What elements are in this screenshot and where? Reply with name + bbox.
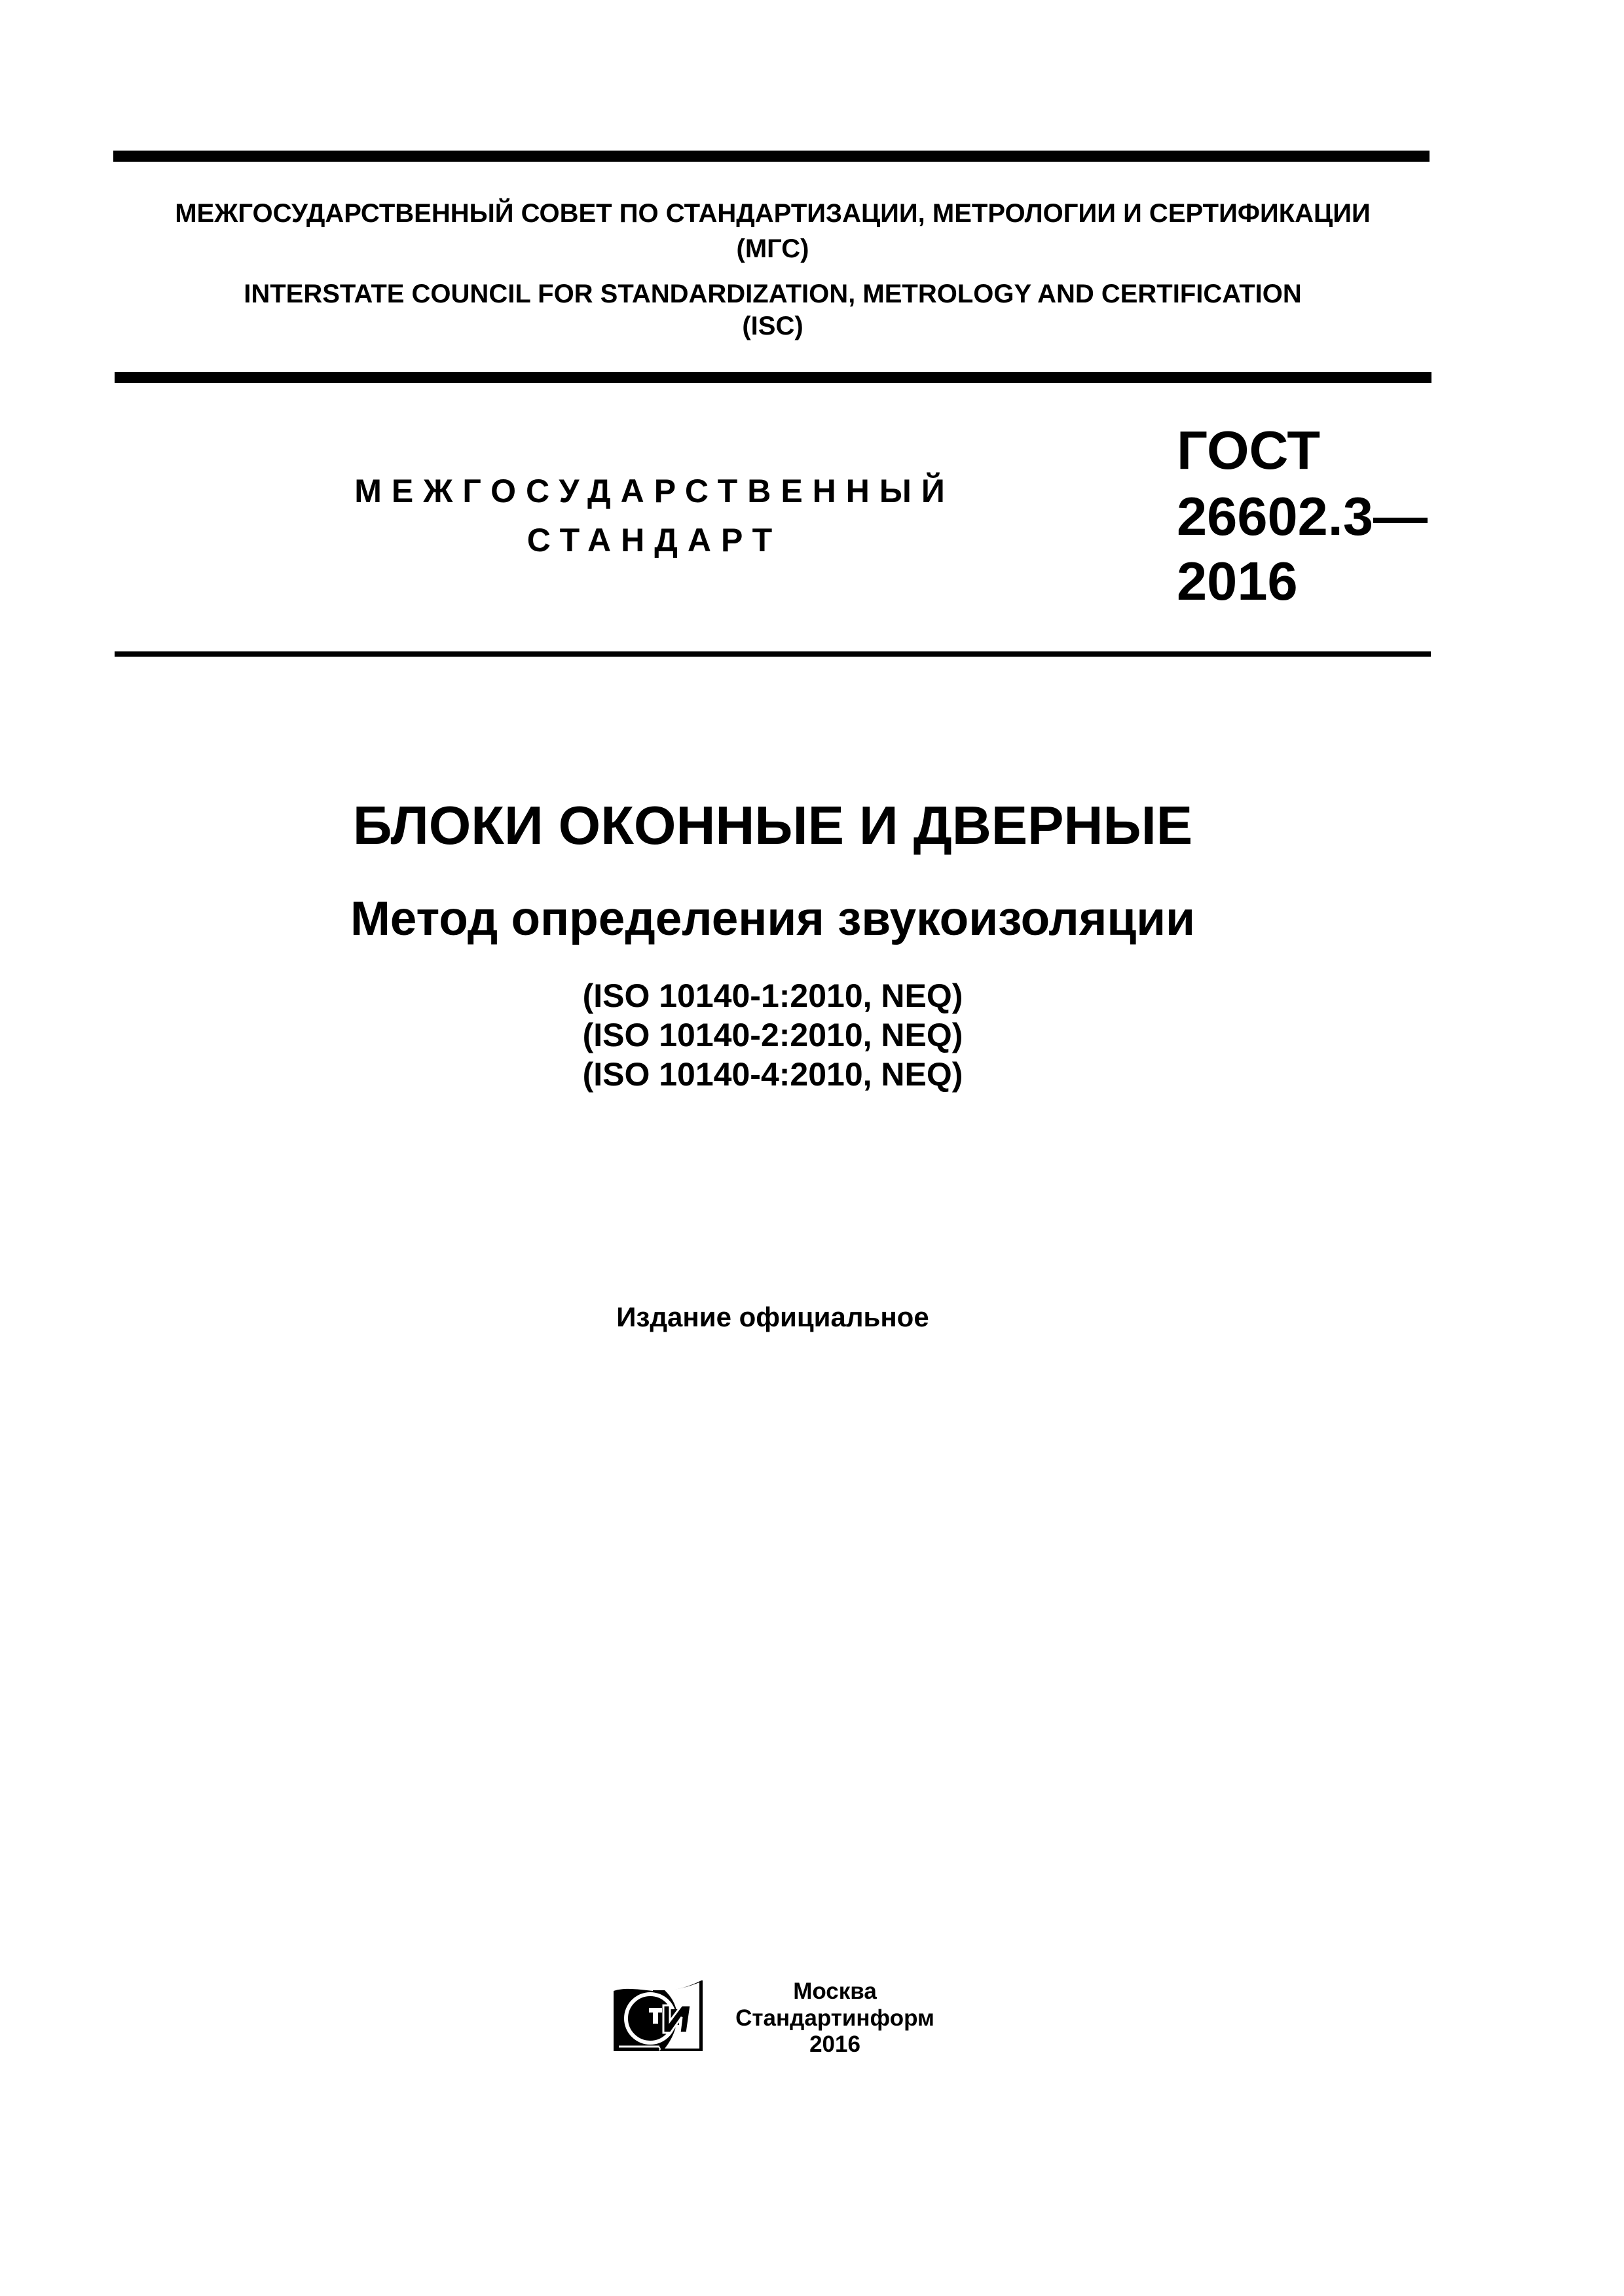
- standartinform-logo-icon: [614, 1980, 703, 2052]
- council-abbr-en: (ISC): [115, 313, 1431, 339]
- iso-reference: (ISO 10140-2:2010, NEQ): [115, 1019, 1431, 1051]
- document-subtitle: Метод определения звукоизоляции: [115, 895, 1431, 943]
- council-name-ru: МЕЖГОСУДАРСТВЕННЫЙ СОВЕТ ПО СТАНДАРТИЗАЦ…: [115, 200, 1431, 227]
- header-divider-rule: [115, 372, 1431, 383]
- top-rule: [113, 151, 1430, 162]
- publisher-city: Москва: [704, 1980, 966, 2003]
- iso-reference: (ISO 10140-1:2010, NEQ): [115, 979, 1431, 1012]
- standard-type-line1: МЕЖГОСУДАРСТВЕННЫЙ: [115, 475, 1185, 507]
- iso-reference: (ISO 10140-4:2010, NEQ): [115, 1058, 1431, 1091]
- council-name-en: INTERSTATE COUNCIL FOR STANDARDIZATION, …: [115, 281, 1431, 307]
- edition-note: Издание официальное: [115, 1303, 1431, 1331]
- designation-divider-rule: [115, 651, 1431, 657]
- council-abbr-ru: (МГС): [115, 236, 1431, 262]
- publisher-year: 2016: [704, 2033, 966, 2056]
- standard-type-line2: СТАНДАРТ: [115, 524, 1185, 556]
- document-title: БЛОКИ ОКОННЫЕ И ДВЕРНЫЕ: [115, 798, 1431, 852]
- gost-number: 26602.3—: [1177, 489, 1428, 543]
- publisher-name: Стандартинформ: [704, 2007, 966, 2030]
- gost-year: 2016: [1177, 554, 1298, 608]
- gost-prefix: ГОСТ: [1177, 423, 1320, 477]
